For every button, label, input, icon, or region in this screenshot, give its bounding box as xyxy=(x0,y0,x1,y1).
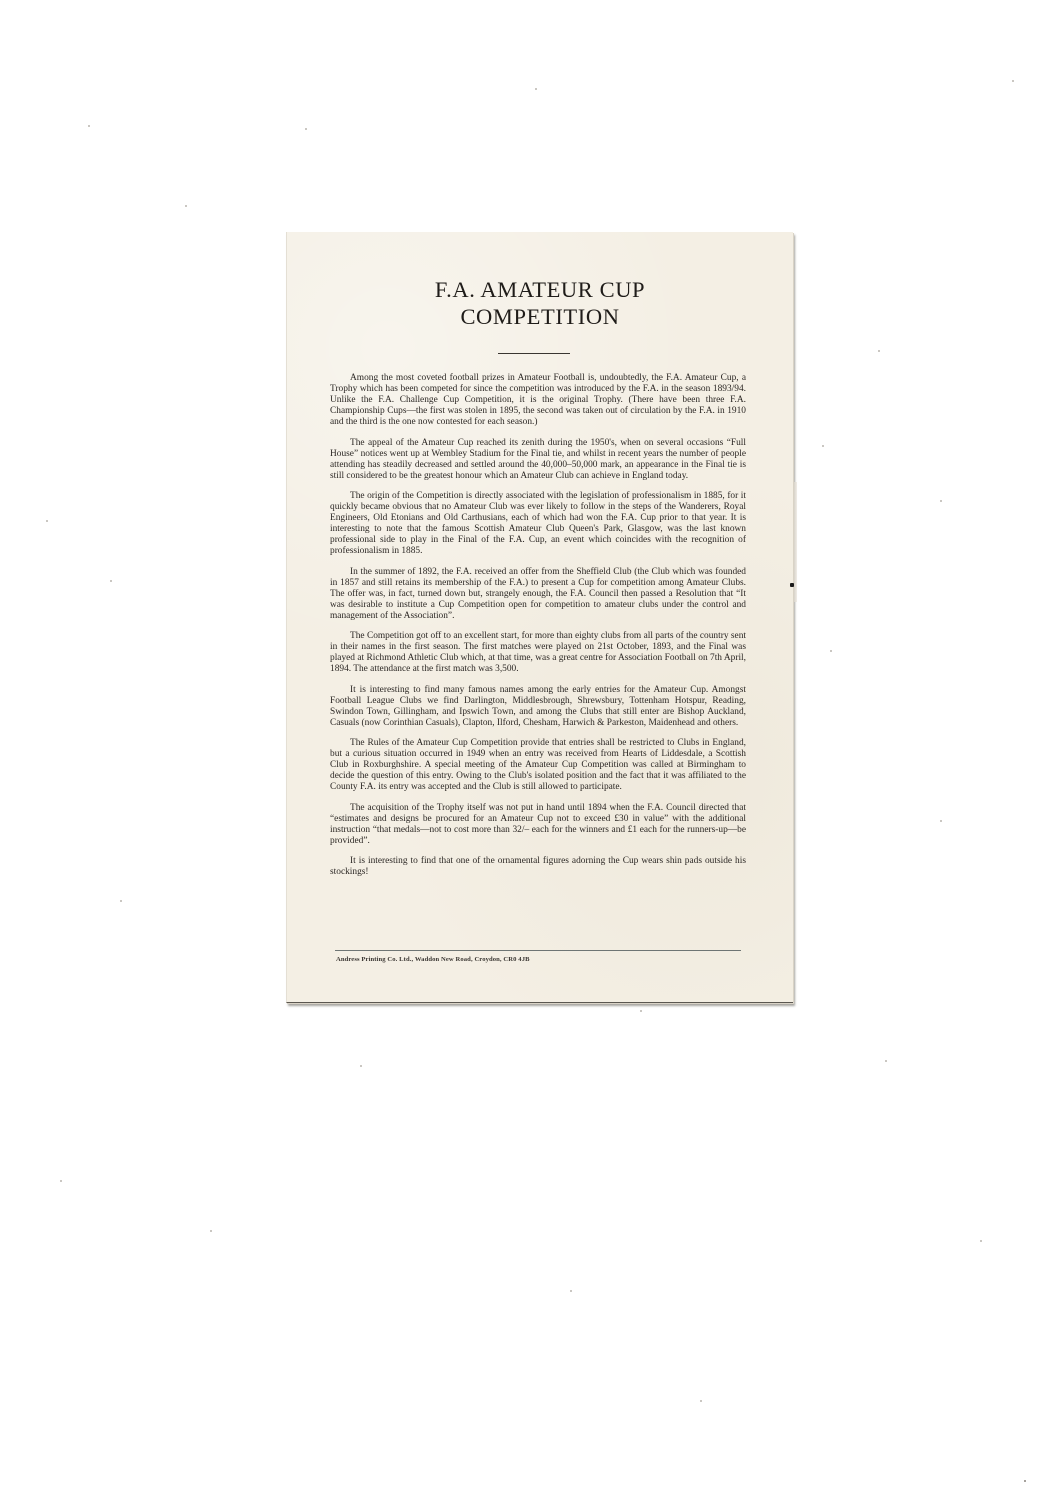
speck xyxy=(1012,80,1014,82)
speck xyxy=(360,1065,362,1067)
paragraph: The Rules of the Amateur Cup Competition… xyxy=(330,738,746,793)
speck xyxy=(185,205,187,207)
page-title: F.A. AMATEUR CUP COMPETITION xyxy=(287,276,793,330)
footer-divider xyxy=(335,950,741,951)
speck xyxy=(640,1010,642,1012)
paragraph: It is interesting to find many famous na… xyxy=(330,685,746,729)
title-divider xyxy=(498,353,570,354)
speck xyxy=(570,1290,572,1292)
speck xyxy=(1024,1480,1026,1482)
speck xyxy=(46,520,48,522)
paragraph: In the summer of 1892, the F.A. received… xyxy=(330,567,746,622)
speck xyxy=(535,88,537,90)
article-body: Among the most coveted football prizes i… xyxy=(330,373,746,888)
paragraph: It is interesting to find that one of th… xyxy=(330,856,746,878)
document-page: F.A. AMATEUR CUP COMPETITION Among the m… xyxy=(286,232,793,1003)
paragraph: The Competition got off to an excellent … xyxy=(330,631,746,675)
speck xyxy=(940,500,942,502)
speck xyxy=(210,1230,212,1232)
speck xyxy=(88,125,90,127)
title-line-1: F.A. AMATEUR CUP xyxy=(435,277,645,302)
speck xyxy=(878,350,880,352)
paragraph: Among the most coveted football prizes i… xyxy=(330,373,746,428)
speck xyxy=(700,1400,702,1402)
speck xyxy=(120,900,122,902)
edge-mark xyxy=(790,583,794,587)
speck xyxy=(980,1240,982,1242)
speck xyxy=(305,128,307,130)
paragraph: The acquisition of the Trophy itself was… xyxy=(330,803,746,847)
paragraph: The appeal of the Amateur Cup reached it… xyxy=(330,438,746,482)
speck xyxy=(940,820,942,822)
paragraph: The origin of the Competition is directl… xyxy=(330,491,746,557)
speck xyxy=(110,580,112,582)
printer-imprint: Andress Printing Co. Ltd., Waddon New Ro… xyxy=(336,956,530,963)
speck xyxy=(822,445,824,447)
speck xyxy=(60,1180,62,1182)
speck xyxy=(830,650,832,652)
title-line-2: COMPETITION xyxy=(460,304,619,329)
speck xyxy=(885,1060,887,1062)
